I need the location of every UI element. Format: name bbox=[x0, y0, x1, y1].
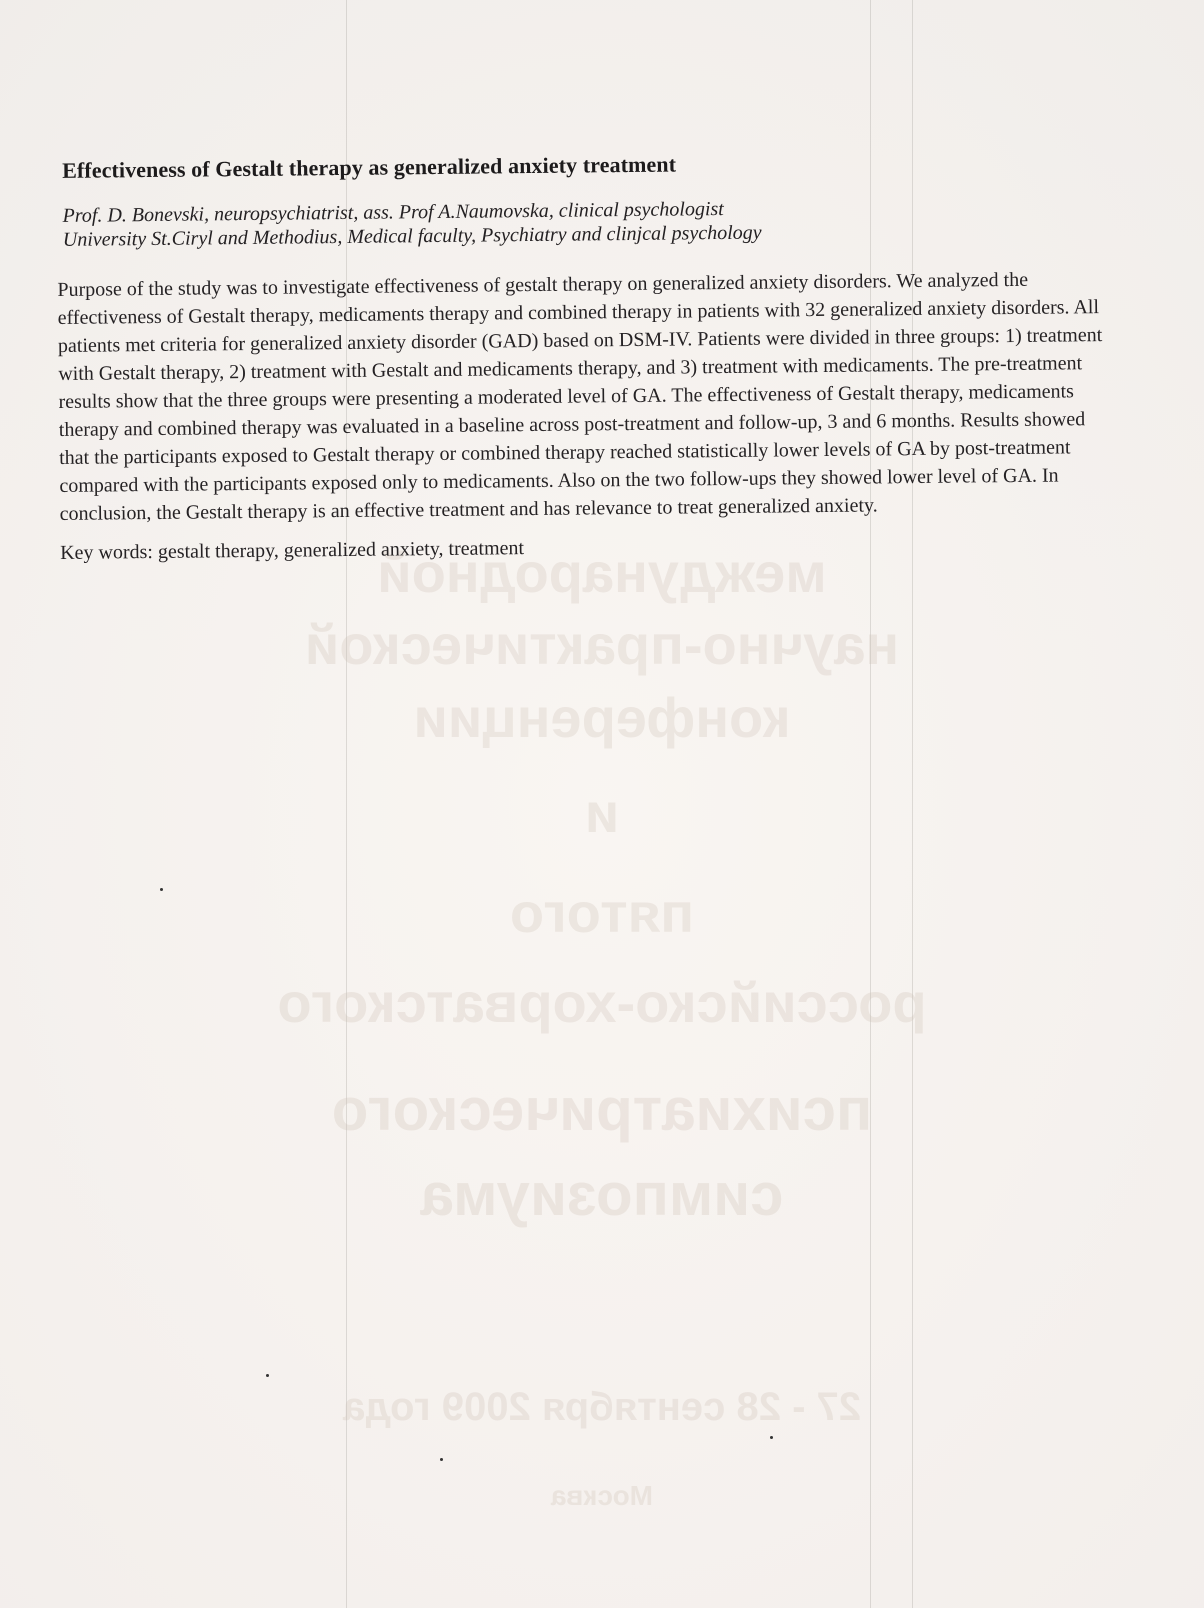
paper-speck bbox=[266, 1374, 269, 1377]
bleed-line: российско-хорватского bbox=[0, 970, 1204, 1035]
bleed-line: психиатрического bbox=[0, 1075, 1204, 1144]
bleed-line: конференции bbox=[0, 685, 1204, 750]
bleed-line: и bbox=[0, 780, 1204, 845]
bleed-line: симпозиума bbox=[0, 1160, 1204, 1229]
bleed-line: пятого bbox=[0, 880, 1204, 945]
abstract-body: Purpose of the study was to investigate … bbox=[57, 265, 1120, 528]
paper-speck bbox=[770, 1436, 773, 1439]
abstract-page: Effectiveness of Gestalt therapy as gene… bbox=[56, 147, 1120, 565]
document-title: Effectiveness of Gestalt therapy as gene… bbox=[62, 147, 1116, 184]
bleed-line: научно-практической bbox=[0, 612, 1204, 677]
bleed-line: 27 - 28 сентября 2009 года bbox=[0, 1385, 1204, 1430]
bleed-line: Москва bbox=[0, 1480, 1204, 1512]
paper-speck bbox=[160, 888, 163, 891]
byline: Prof. D. Bonevski, neuropsychiatrist, as… bbox=[62, 193, 1116, 252]
paper-speck bbox=[440, 1458, 443, 1461]
